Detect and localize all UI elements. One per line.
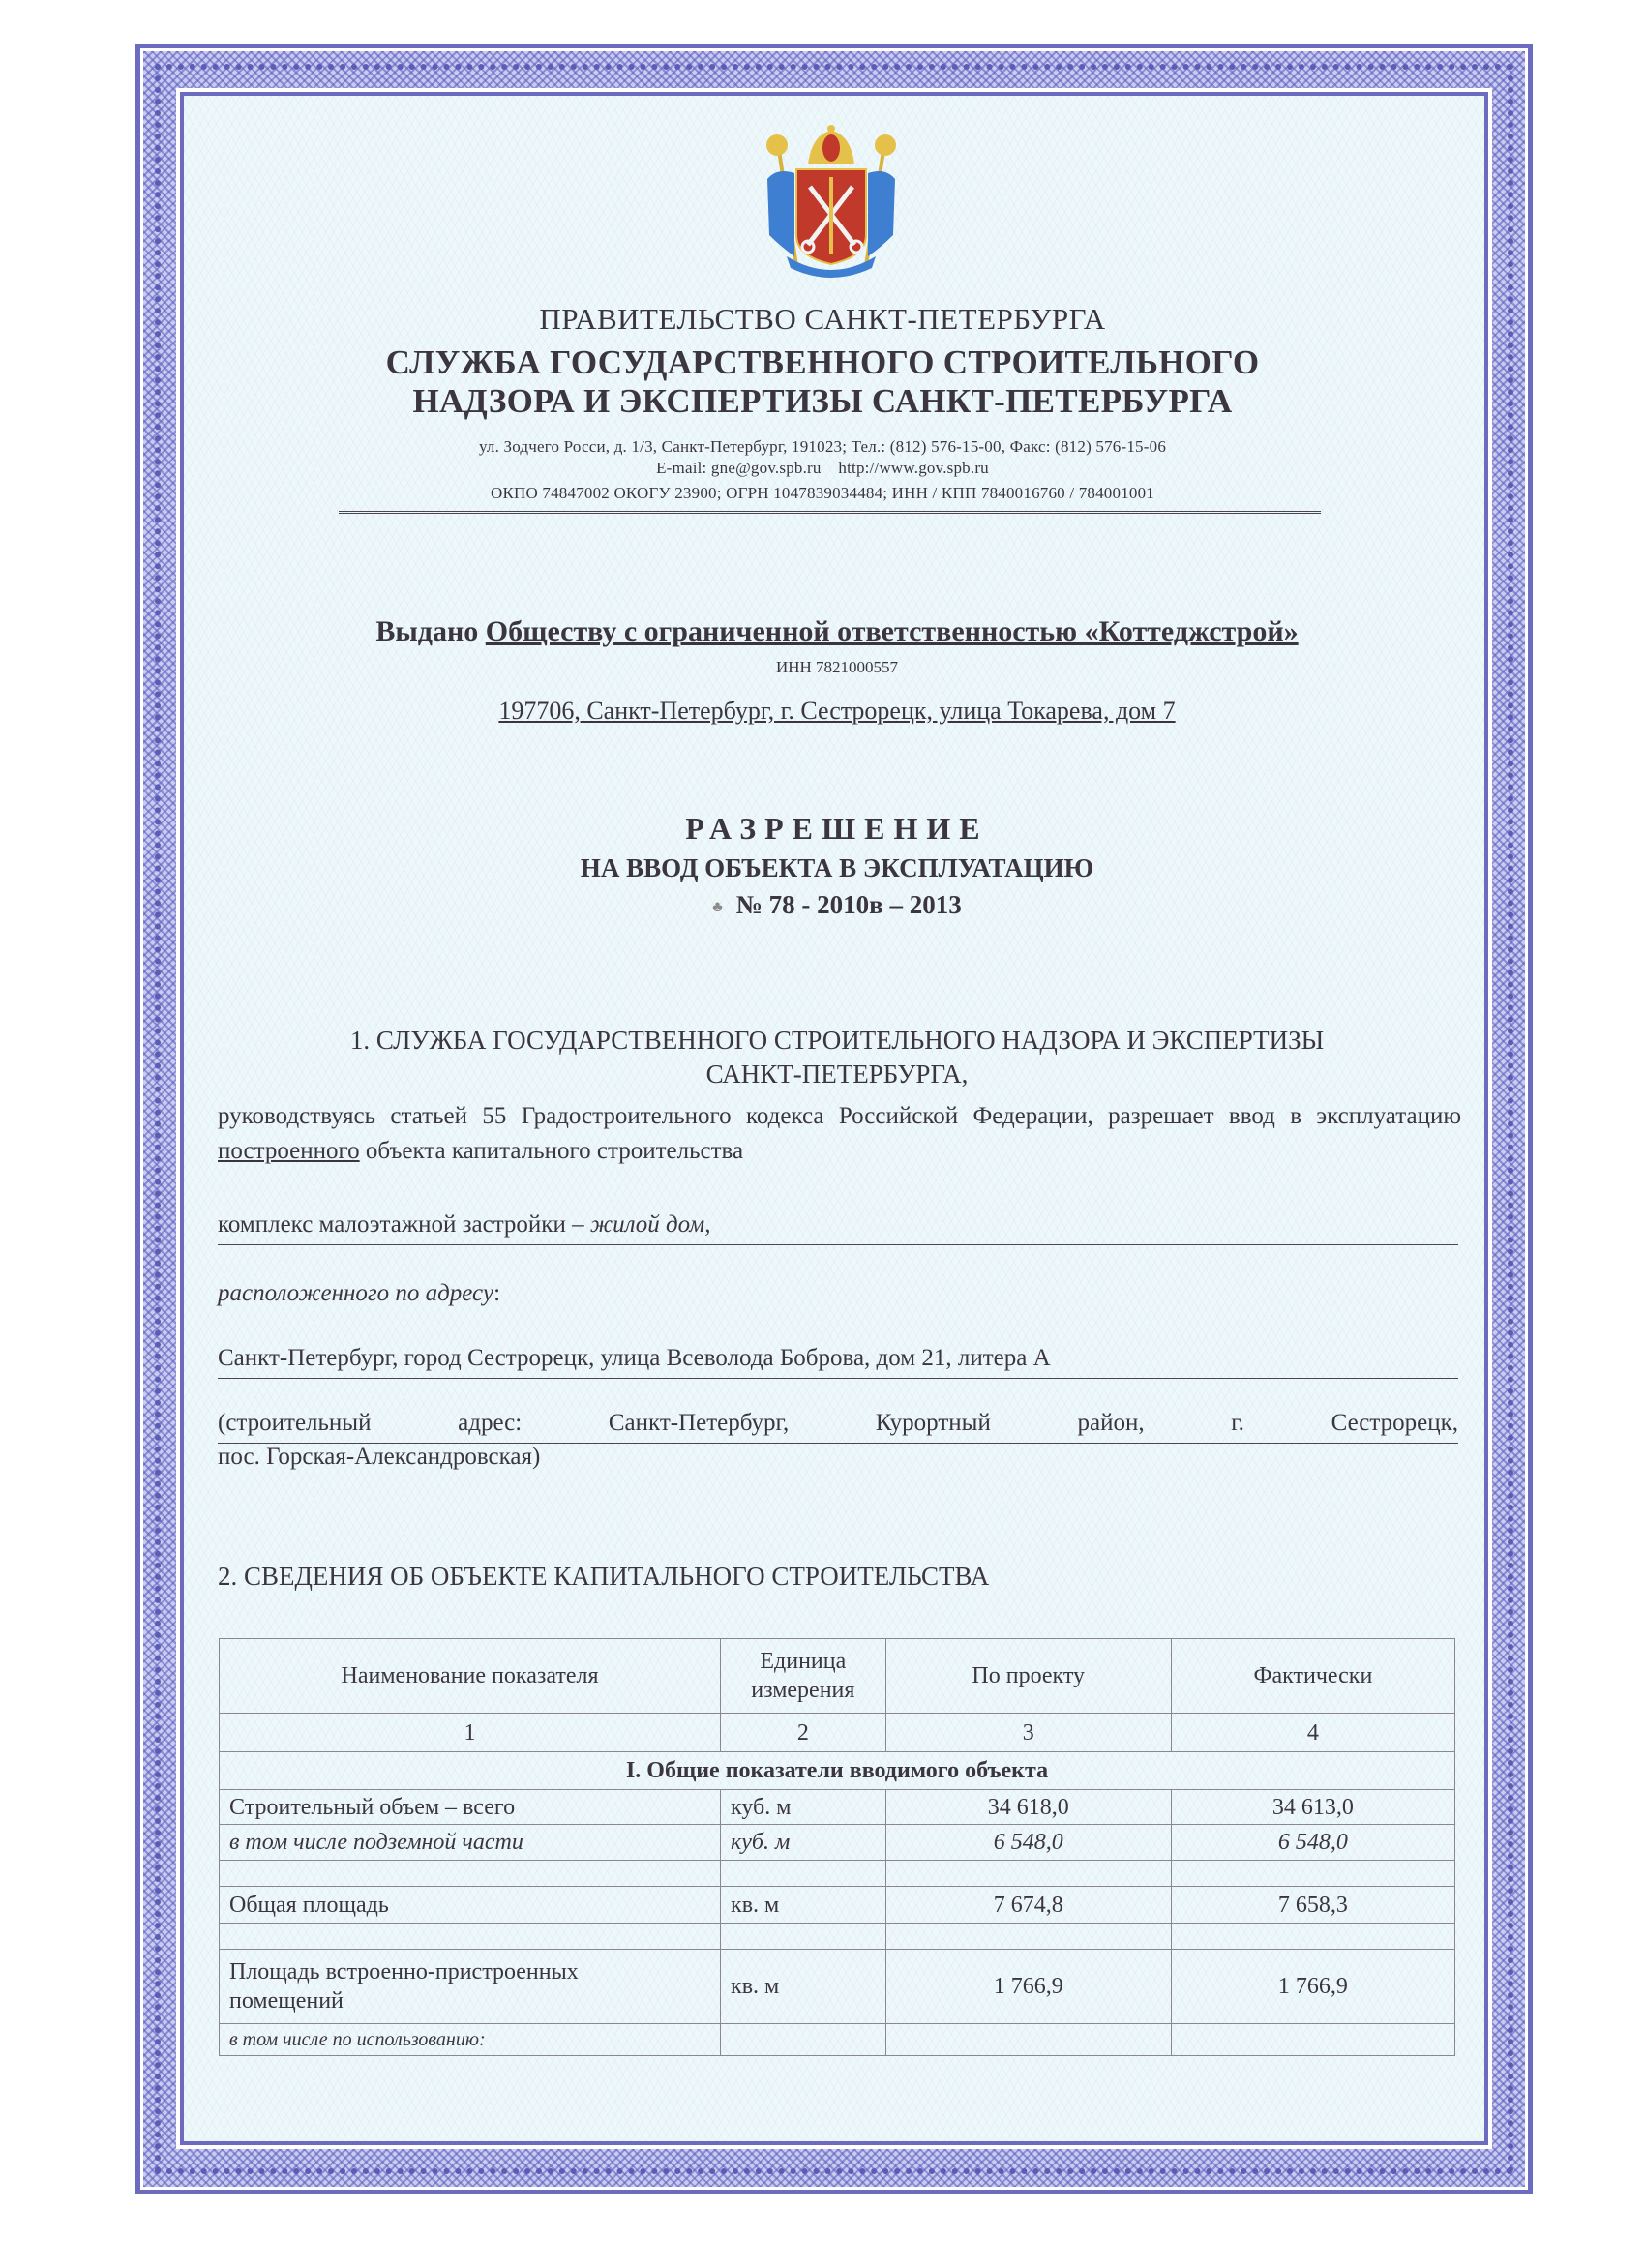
construction-address-word: район, — [1077, 1410, 1144, 1443]
table-row: Площадь встроенно-пристроенныхпомещений … — [220, 1950, 1455, 2024]
header-unit-line2: измерения — [751, 1678, 854, 1703]
construction-address-word: г. — [1231, 1410, 1244, 1443]
object-type: комплекс малоэтажной застройки – — [218, 1211, 590, 1238]
column-number: 2 — [721, 1714, 886, 1752]
column-number: 4 — [1171, 1714, 1454, 1752]
table-spacer-row — [220, 1861, 1455, 1887]
recipient-inn: ИНН 7821000557 — [194, 658, 1480, 677]
section1-body: руководствуясь статьей 55 Градостроитель… — [218, 1099, 1461, 1169]
construction-address-word: Санкт-Петербург, — [609, 1410, 789, 1443]
government-name: ПРАВИТЕЛЬСТВО САНКТ-ПЕТЕРБУРГА — [290, 302, 1355, 337]
row-actual-value: 6 548,0 — [1171, 1825, 1454, 1861]
row-unit: кв. м — [721, 1950, 886, 2024]
issued-prefix: Выдано — [375, 615, 478, 647]
row-unit: куб. м — [721, 1825, 886, 1861]
section1-body-text-end: объекта капитального строительства — [360, 1138, 743, 1164]
issued-recipient: Обществу с ограниченной ответственностью… — [486, 615, 1299, 647]
row-unit: кв. м — [721, 1887, 886, 1924]
header-actual: Фактически — [1171, 1639, 1454, 1714]
table-row: в том числе по использованию: — [220, 2024, 1455, 2056]
row-name: в том числе подземной части — [220, 1825, 721, 1861]
header-by-project: По проекту — [885, 1639, 1171, 1714]
located-label: расположенного по адресу: — [218, 1280, 500, 1307]
column-number: 3 — [885, 1714, 1171, 1752]
object-parameters-table: Наименование показателя Единицаизмерения… — [219, 1638, 1455, 2056]
object-kind: жилой дом, — [590, 1211, 711, 1238]
row-actual-value: 1 766,9 — [1171, 1950, 1454, 2024]
agency-website[interactable]: http://www.gov.spb.ru — [838, 459, 988, 477]
object-description-field: комплекс малоэтажной застройки – жилой д… — [218, 1211, 1458, 1245]
section1-body-text: руководствуясь статьей 55 Градостроитель… — [218, 1103, 1461, 1129]
construction-address-word: Курортный — [876, 1410, 991, 1443]
row-name: Площадь встроенно-пристроенныхпомещений — [220, 1950, 721, 2024]
agency-name-line1: СЛУЖБА ГОСУДАРСТВЕННОГО СТРОИТЕЛЬНОГО — [290, 343, 1355, 382]
permit-number: № 78 - 2010в – 2013 — [736, 890, 962, 919]
construction-address-line2: пос. Горская-Александровская) — [218, 1444, 1458, 1477]
row-name-line1: Площадь встроенно-пристроенных — [229, 1959, 579, 1984]
row-unit — [721, 2024, 886, 2056]
row-actual-value — [1171, 2024, 1454, 2056]
section1-heading-line1: 1. СЛУЖБА ГОСУДАРСТВЕННОГО СТРОИТЕЛЬНОГО… — [218, 1026, 1456, 1056]
row-name: в том числе по использованию: — [220, 2024, 721, 2056]
row-project-value — [885, 2024, 1171, 2056]
recipient-address: 197706, Санкт-Петербург, г. Сестрорецк, … — [498, 697, 1175, 725]
construction-address-word: адрес: — [458, 1410, 522, 1443]
column-number: 1 — [220, 1714, 721, 1752]
document-subtitle: НА ВВОД ОБЪЕКТА В ЭКСПЛУАТАЦИЮ — [194, 853, 1480, 883]
located-colon: : — [493, 1280, 500, 1306]
row-project-value: 6 548,0 — [885, 1825, 1171, 1861]
row-name: Общая площадь — [220, 1887, 721, 1924]
permit-number-wrap: ♣№ 78 - 2010в – 2013 — [194, 890, 1480, 920]
table-row: Общая площадь кв. м 7 674,8 7 658,3 — [220, 1887, 1455, 1924]
row-name: Строительный объем – всего — [220, 1790, 721, 1825]
row-actual-value: 7 658,3 — [1171, 1887, 1454, 1924]
issued-to: Выдано Обществу с ограниченной ответстве… — [194, 615, 1480, 648]
row-actual-value: 34 613,0 — [1171, 1790, 1454, 1825]
table-header-row: Наименование показателя Единицаизмерения… — [220, 1639, 1455, 1714]
section2-heading: 2. СВЕДЕНИЯ ОБ ОБЪЕКТЕ КАПИТАЛЬНОГО СТРО… — [218, 1562, 989, 1592]
row-project-value: 1 766,9 — [885, 1950, 1171, 2024]
header-indicator-name: Наименование показателя — [220, 1639, 721, 1714]
object-address-field: Санкт-Петербург, город Сестрорецк, улица… — [218, 1345, 1458, 1379]
table-row: в том числе подземной части куб. м 6 548… — [220, 1825, 1455, 1861]
construction-address-line1: (строительный адрес: Санкт-Петербург, Ку… — [218, 1410, 1458, 1444]
agency-contacts: E-mail: gne@gov.spb.ru http://www.gov.sp… — [290, 459, 1355, 478]
construction-address-word: Сестрорецк, — [1331, 1410, 1458, 1443]
group-title-row: I. Общие показатели вводимого объекта — [220, 1752, 1455, 1790]
coat-of-arms-icon — [758, 121, 905, 278]
column-numbers-row: 1 2 3 4 — [220, 1714, 1455, 1752]
document-title: РАЗРЕШЕНИЕ — [194, 811, 1480, 847]
agency-email[interactable]: E-mail: gne@gov.spb.ru — [656, 459, 822, 477]
row-project-value: 7 674,8 — [885, 1887, 1171, 1924]
stamp-mark-icon: ♣ — [712, 899, 723, 915]
row-name-line2: помещений — [229, 1988, 344, 2014]
recipient-address-wrap: 197706, Санкт-Петербург, г. Сестрорецк, … — [194, 697, 1480, 726]
agency-codes: ОКПО 74847002 ОКОГУ 23900; ОГРН 10478390… — [290, 484, 1355, 503]
section1-heading-line2: САНКТ-ПЕТЕРБУРГА, — [218, 1059, 1456, 1089]
located-label-text: расположенного по адресу — [218, 1280, 493, 1306]
section1-body-underlined: построенного — [218, 1138, 360, 1164]
group-title: I. Общие показатели вводимого объекта — [220, 1752, 1455, 1790]
header-unit: Единицаизмерения — [721, 1639, 886, 1714]
table-row: Строительный объем – всего куб. м 34 618… — [220, 1790, 1455, 1825]
header-unit-line1: Единица — [760, 1649, 846, 1674]
agency-name-line2: НАДЗОРА И ЭКСПЕРТИЗЫ САНКТ-ПЕТЕРБУРГА — [290, 382, 1355, 421]
letterhead-divider — [339, 511, 1321, 514]
row-project-value: 34 618,0 — [885, 1790, 1171, 1825]
agency-address: ул. Зодчего Росси, д. 1/3, Санкт-Петербу… — [290, 437, 1355, 457]
construction-address-word: (строительный — [218, 1410, 371, 1443]
row-unit: куб. м — [721, 1790, 886, 1825]
table-spacer-row — [220, 1924, 1455, 1950]
